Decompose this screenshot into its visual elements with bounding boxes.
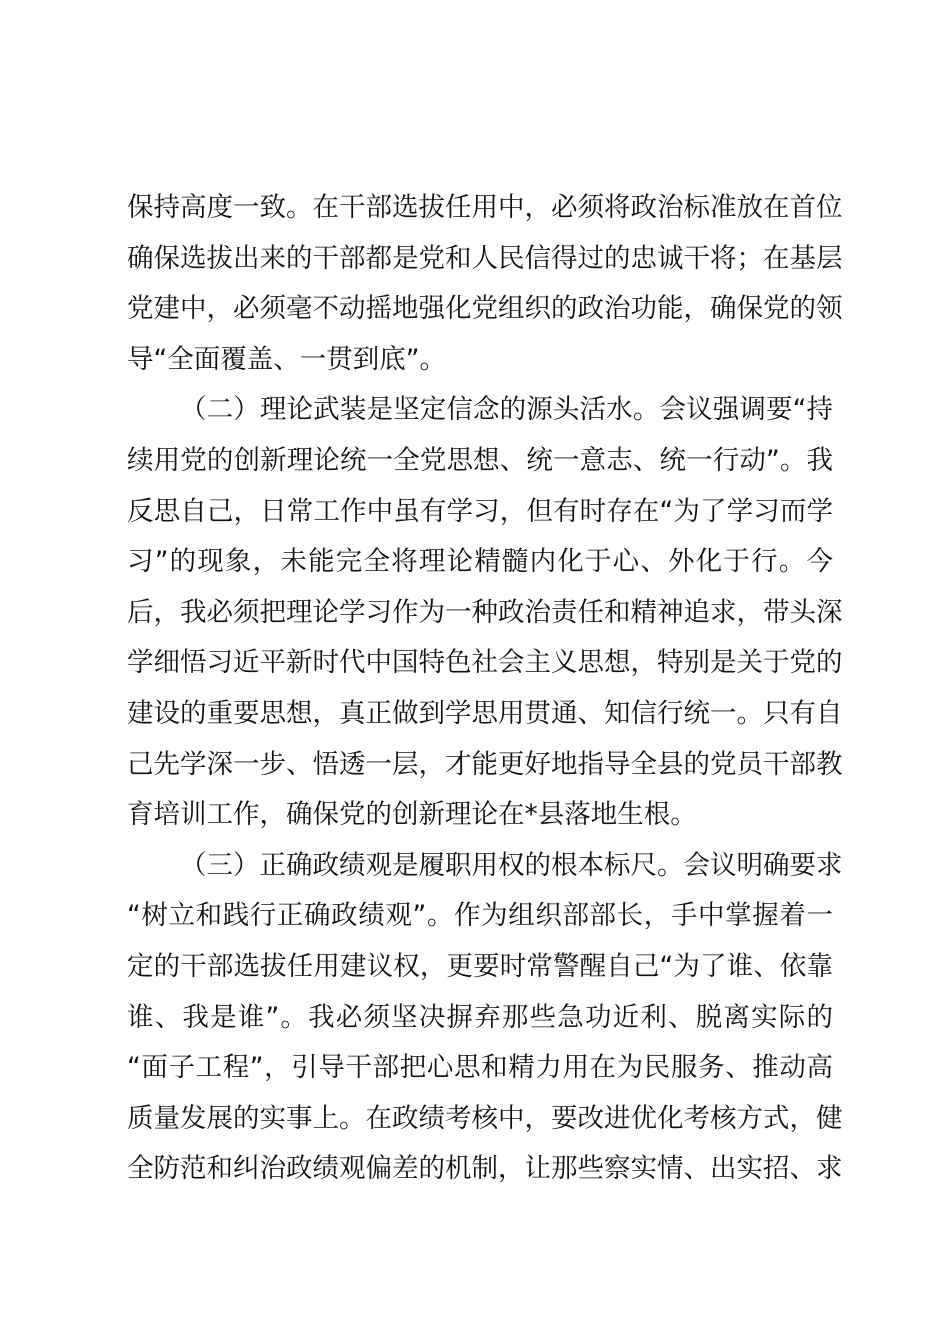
- text-line: “树立和践行正确政绩观”。作为组织部部长，手中掌握着一: [127, 891, 833, 942]
- text-line: 党建中，必须毫不动摇地强化党组织的政治功能，确保党的领: [127, 284, 833, 335]
- text-line: 续用党的创新理论统一全党思想、统一意志、统一行动”。我: [127, 436, 833, 487]
- text-line: 建设的重要思想，真正做到学思用贯通、知信行统一。只有自: [127, 689, 833, 740]
- text-line: 后，我必须把理论学习作为一种政治责任和精神追求，带头深: [127, 588, 833, 639]
- document-page: 保持高度一致。在干部选拔任用中，必须将政治标准放在首位 确保选拔出来的干部都是党…: [127, 183, 833, 1195]
- text-line: 质量发展的实事上。在政绩考核中，要改进优化考核方式，健: [127, 1094, 833, 1145]
- section-heading-line: （三）正确政绩观是履职用权的根本标尺。会议明确要求: [127, 841, 833, 892]
- paragraph-continued: 保持高度一致。在干部选拔任用中，必须将政治标准放在首位 确保选拔出来的干部都是党…: [127, 183, 833, 385]
- text-line: “面子工程”，引导干部把心思和精力用在为民服务、推动高: [127, 1043, 833, 1094]
- paragraph-section-3: （三）正确政绩观是履职用权的根本标尺。会议明确要求 “树立和践行正确政绩观”。作…: [127, 841, 833, 1195]
- text-line: 保持高度一致。在干部选拔任用中，必须将政治标准放在首位: [127, 183, 833, 234]
- text-line: 育培训工作，确保党的创新理论在*县落地生根。: [127, 790, 833, 841]
- text-line: 谁、我是谁”。我必须坚决摒弃那些急功近利、脱离实际的: [127, 993, 833, 1044]
- text-line: 反思自己，日常工作中虽有学习，但有时存在“为了学习而学: [127, 487, 833, 538]
- text-line: 导“全面覆盖、一贯到底”。: [127, 335, 833, 386]
- text-line: 习”的现象，未能完全将理论精髓内化于心、外化于行。今: [127, 537, 833, 588]
- text-line: 全防范和纠治政绩观偏差的机制，让那些察实情、出实招、求: [127, 1144, 833, 1195]
- text-line: 己先学深一步、悟透一层，才能更好地指导全县的党员干部教: [127, 740, 833, 791]
- text-line: 确保选拔出来的干部都是党和人民信得过的忠诚干将；在基层: [127, 234, 833, 285]
- section-heading-line: （二）理论武装是坚定信念的源头活水。会议强调要“持: [127, 385, 833, 436]
- paragraph-section-2: （二）理论武装是坚定信念的源头活水。会议强调要“持 续用党的创新理论统一全党思想…: [127, 385, 833, 840]
- text-line: 学细悟习近平新时代中国特色社会主义思想，特别是关于党的: [127, 638, 833, 689]
- text-line: 定的干部选拔任用建议权，更要时常警醒自己“为了谁、依靠: [127, 942, 833, 993]
